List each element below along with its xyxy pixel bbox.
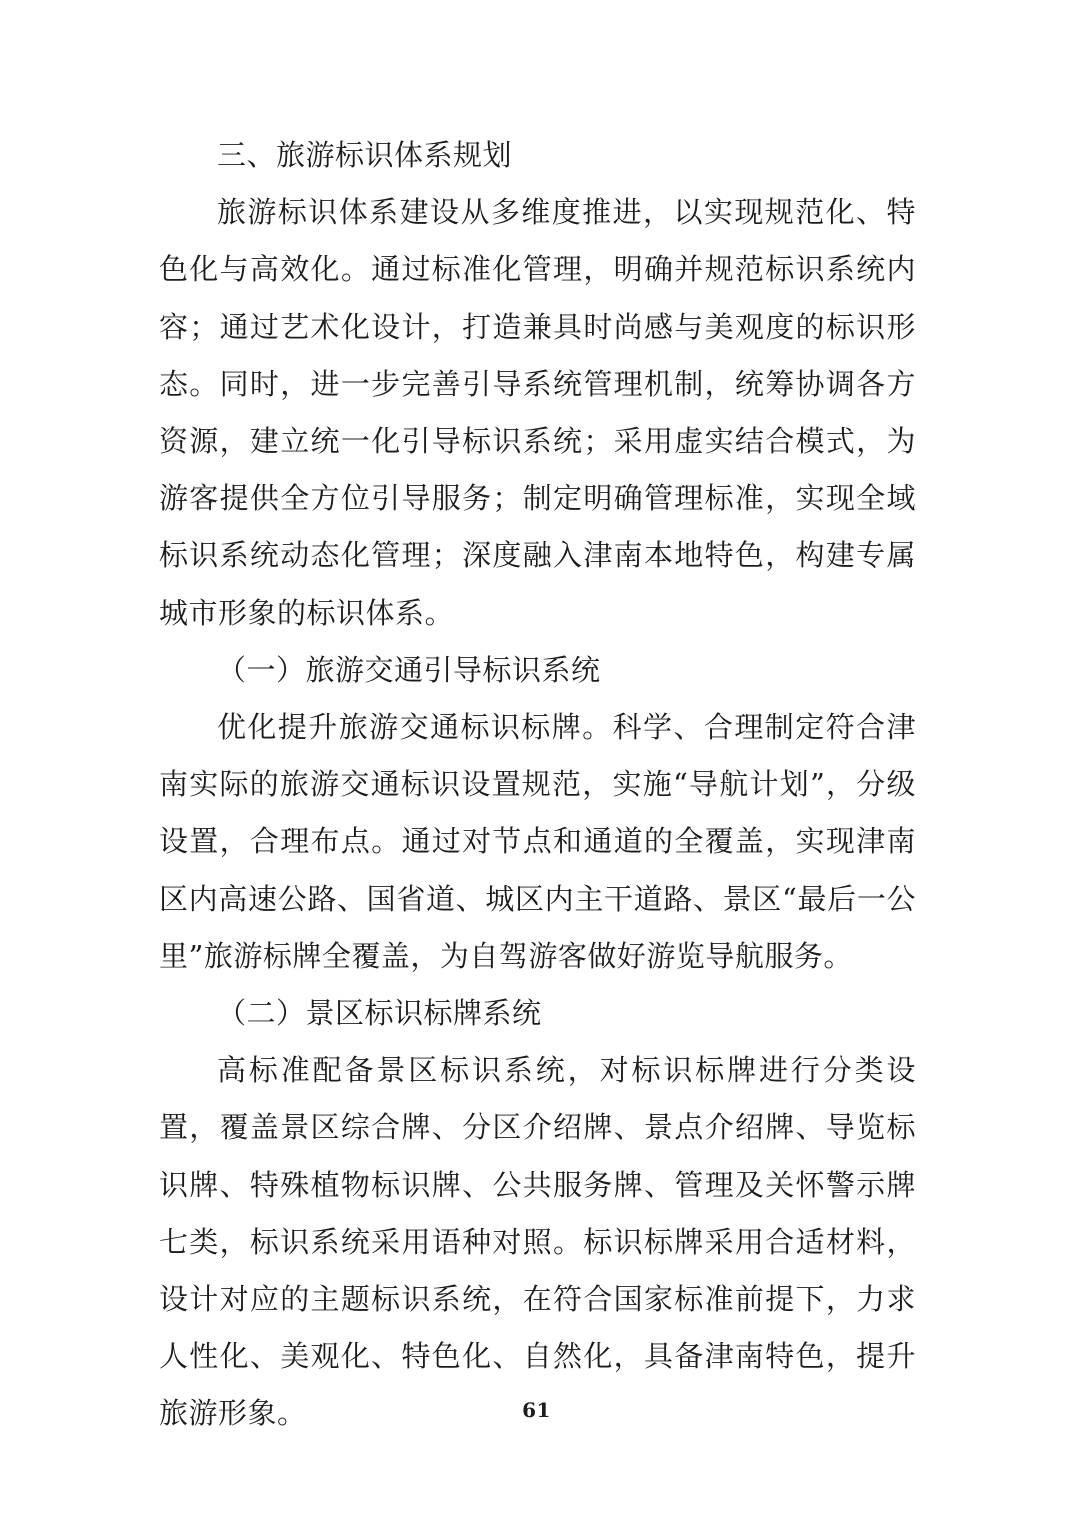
paragraph-traffic-guidance: 优化提升旅游交通标识标牌。科学、合理制定符合津南实际的旅游交通标识设置规范，实施… — [159, 699, 916, 985]
page-number: 61 — [522, 1398, 551, 1422]
document-page: 三、旅游标识体系规划 旅游标识体系建设从多维度推进，以实现规范化、特色化与高效化… — [0, 0, 1073, 1519]
subsection-heading-1: （一）旅游交通引导标识系统 — [159, 642, 916, 699]
paragraph-overview: 旅游标识体系建设从多维度推进，以实现规范化、特色化与高效化。通过标准化管理，明确… — [159, 184, 916, 642]
paragraph-scenic-signage: 高标准配备景区标识系统，对标识标牌进行分类设置，覆盖景区综合牌、分区介绍牌、景点… — [159, 1042, 916, 1442]
subsection-heading-2: （二）景区标识标牌系统 — [159, 985, 916, 1042]
section-heading: 三、旅游标识体系规划 — [159, 127, 916, 184]
page-footer: 61 — [0, 1398, 1073, 1422]
document-body: 三、旅游标识体系规划 旅游标识体系建设从多维度推进，以实现规范化、特色化与高效化… — [159, 127, 916, 1443]
